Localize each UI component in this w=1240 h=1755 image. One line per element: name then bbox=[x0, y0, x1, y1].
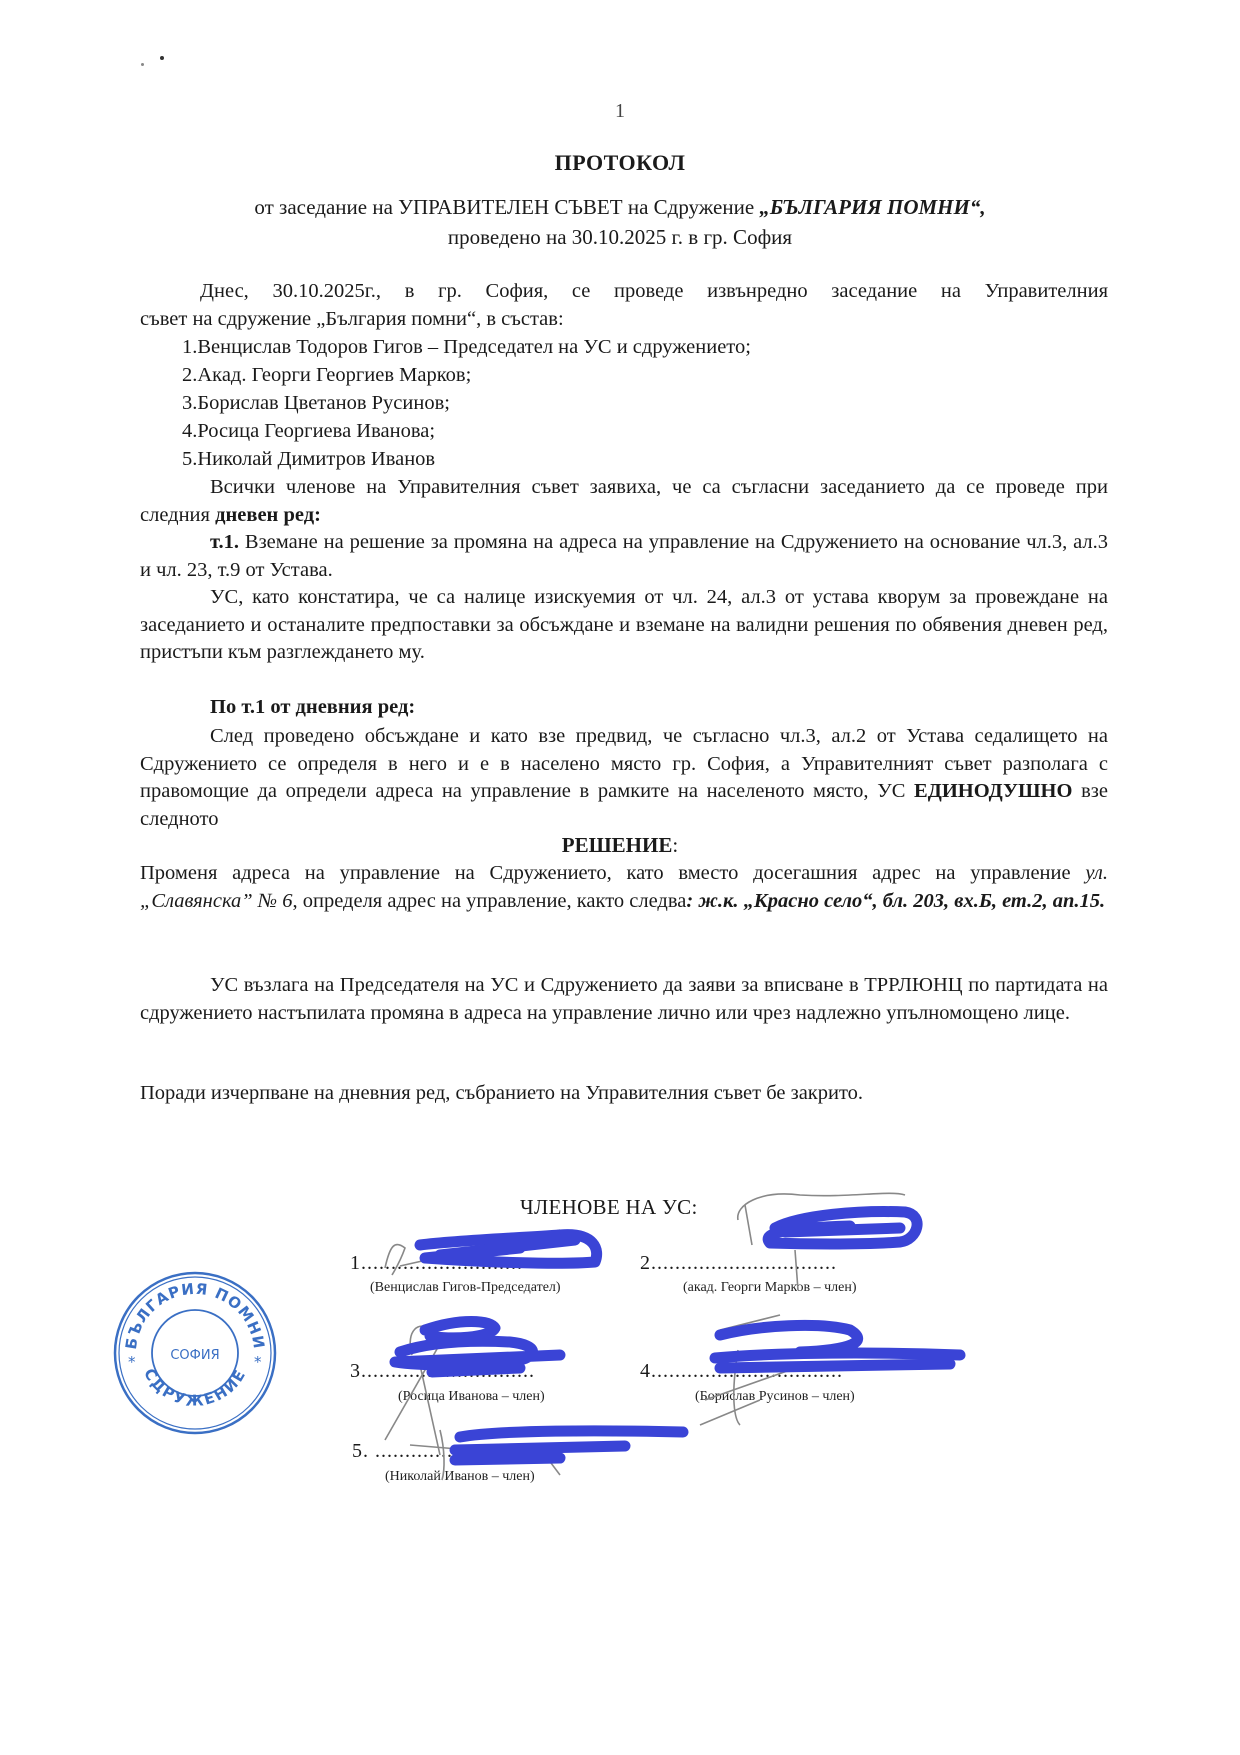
signature-redactions bbox=[0, 0, 1240, 1755]
stamp-center-text: СОФИЯ bbox=[170, 1348, 219, 1363]
stamp-star-left: * bbox=[128, 1353, 136, 1371]
stamp-star-right: * bbox=[254, 1353, 262, 1371]
organization-stamp: БЪЛГАРИЯ ПОМНИ СДРУЖЕНИЕ СОФИЯ * * bbox=[110, 1268, 280, 1438]
stamp-bottom-text: СДРУЖЕНИЕ bbox=[140, 1365, 250, 1409]
redaction-scribbles bbox=[395, 1212, 960, 1460]
